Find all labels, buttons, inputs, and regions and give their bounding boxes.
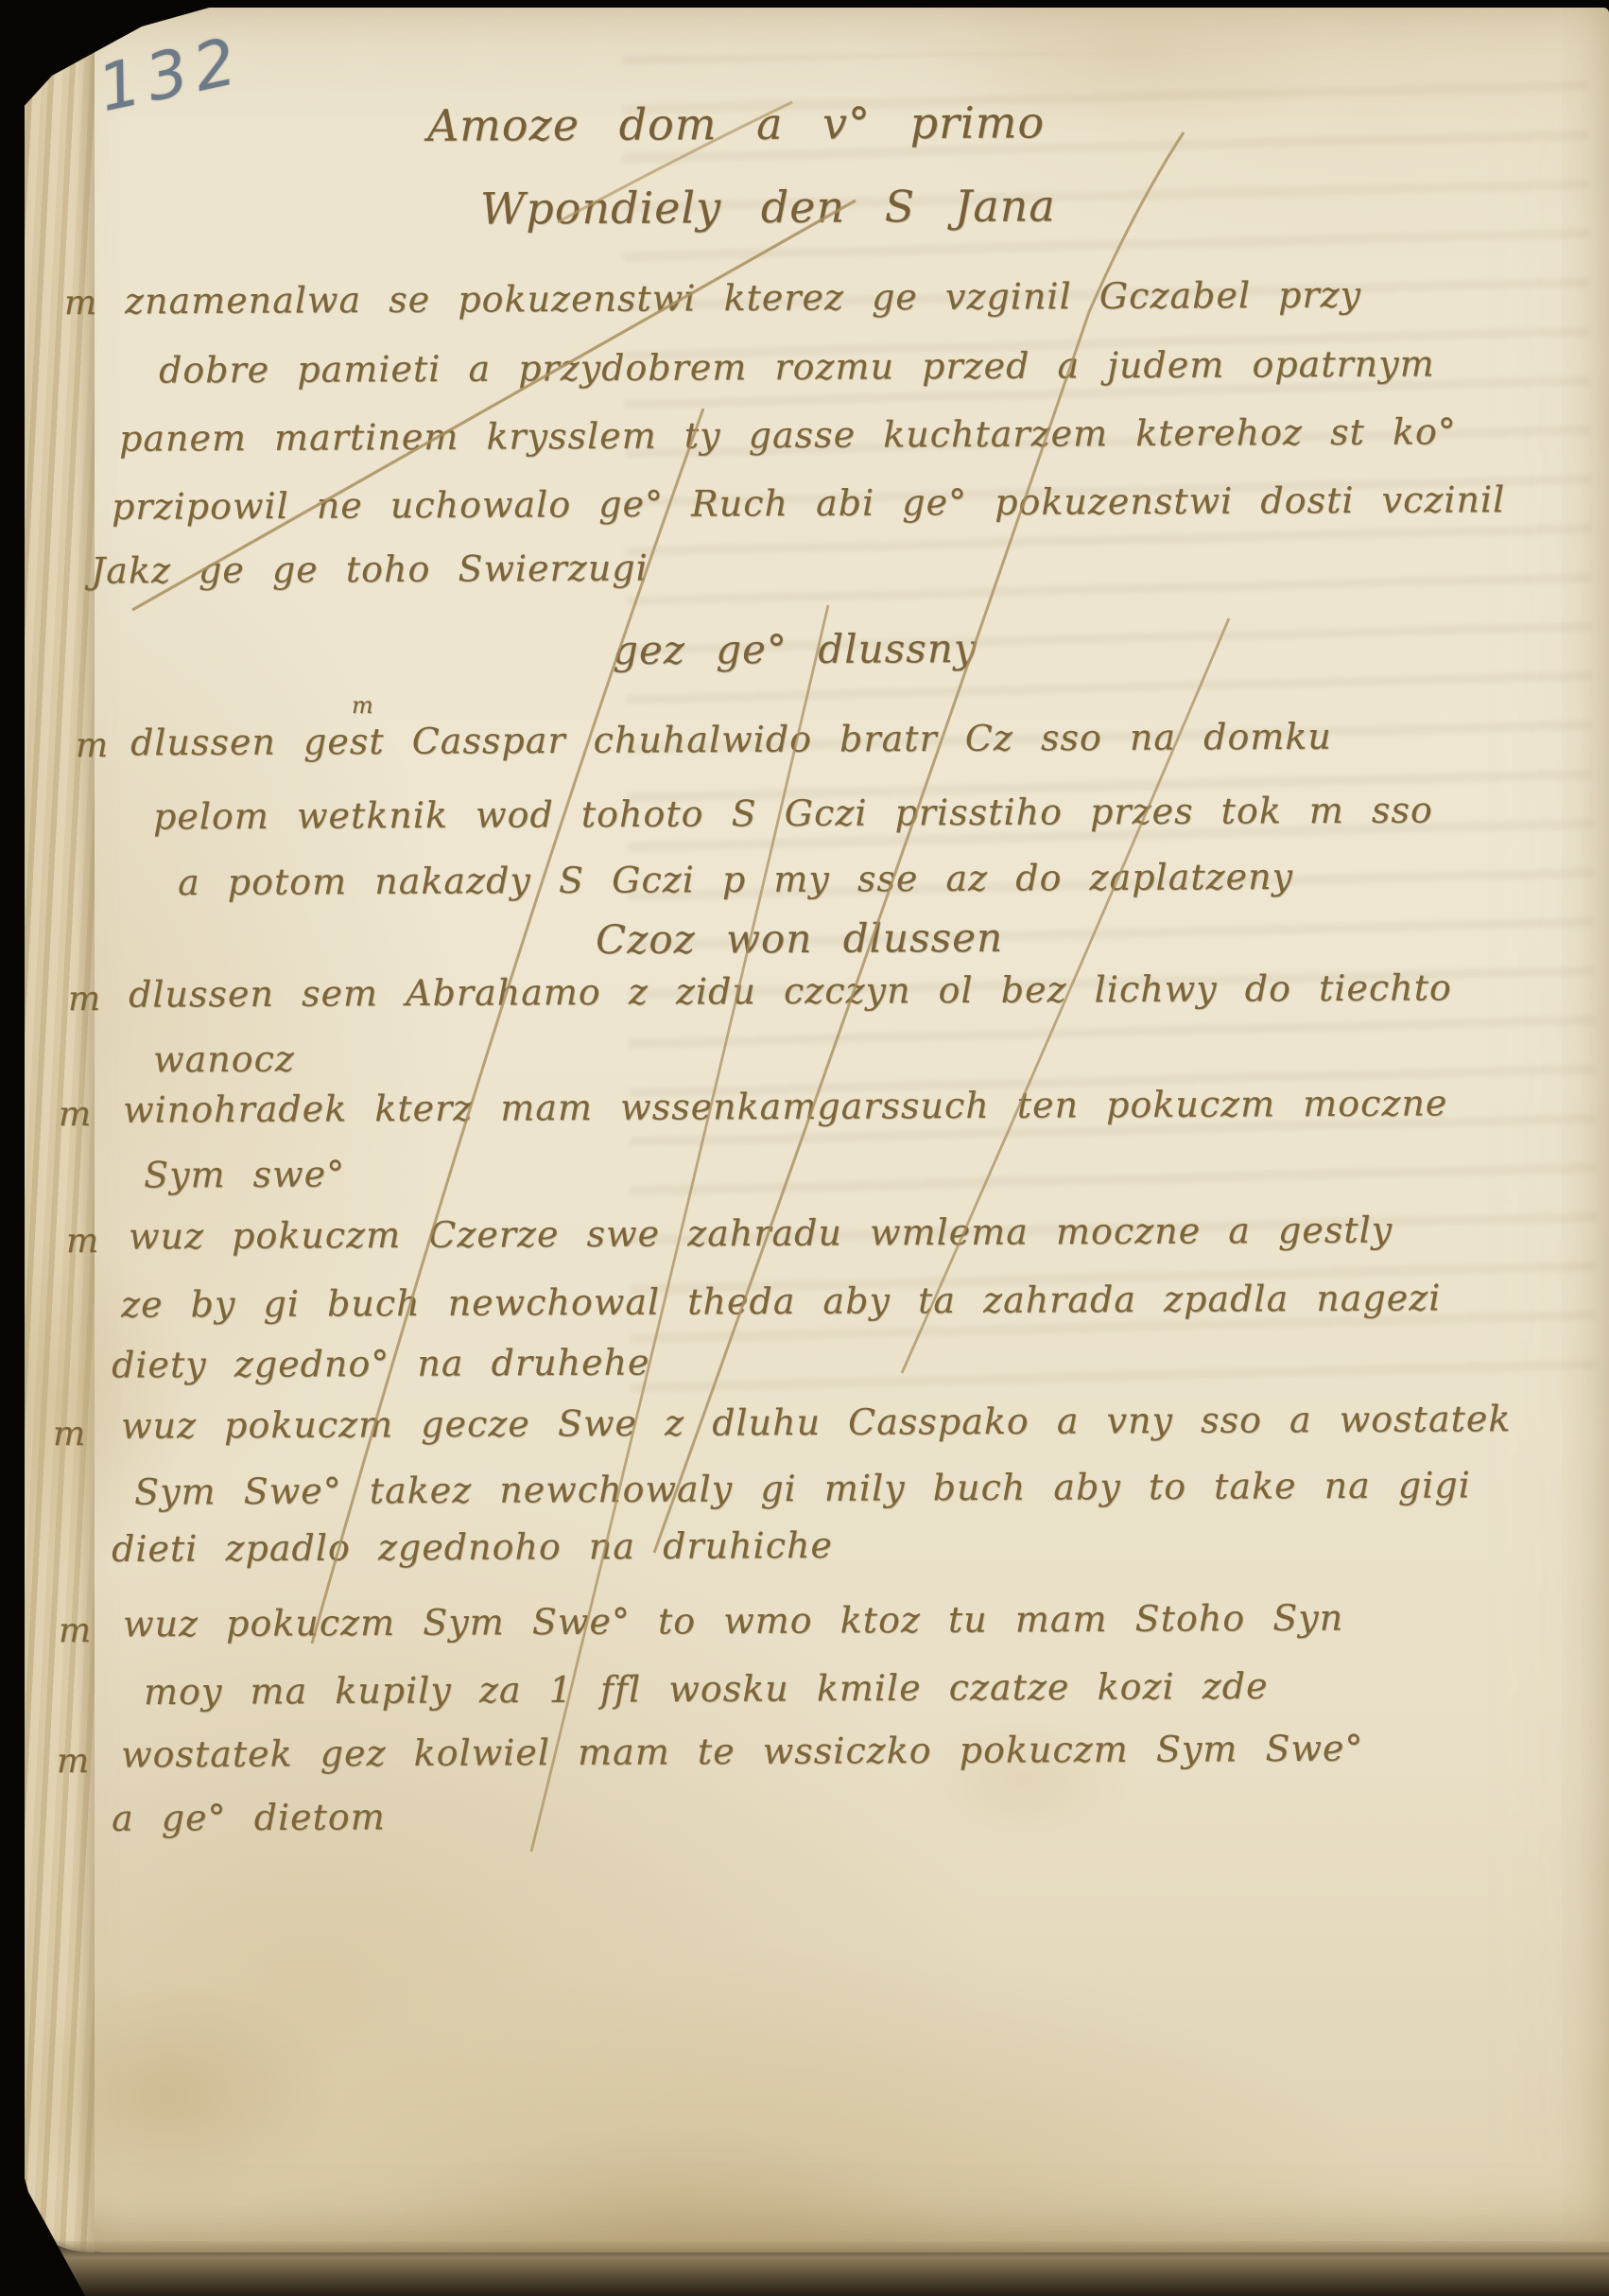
margin-mark: m [53, 1415, 86, 1453]
text-line: wanocz [153, 1038, 295, 1081]
text-line: wuz pokuczm Sym Swe° to wmo ktoz tu mam … [123, 1597, 1343, 1645]
text-line: wuz pokuczm gecze Swe z dluhu Casspako a… [121, 1398, 1512, 1447]
text-line: wostatek gez kolwiel mam te wssiczko pok… [121, 1728, 1364, 1776]
text-line: winohradek kterz mam wssenkamgarssuch te… [123, 1082, 1448, 1130]
subheading-debts: gez ge° dlussny [613, 625, 978, 673]
text-line: dobre pamieti a przydobrem rozmu przed a… [159, 342, 1435, 391]
subheading-owed: Czoz won dlussen [596, 914, 1003, 963]
margin-mark: m [68, 980, 101, 1018]
book-page-edges [32, 2241, 1609, 2296]
text-line: Sym swe° [144, 1153, 345, 1195]
text-line: ze by gi buch newchowal theda aby ta zah… [121, 1277, 1442, 1325]
text-line: Jakz ge ge toho Swierzugi [91, 547, 649, 591]
text-line: pelom wetknik wod tohoto S Gczi prisstih… [153, 789, 1433, 837]
text-line: dlussen sem Abrahamo z zidu czczyn ol be… [129, 966, 1452, 1015]
text-line: panem martinem krysslem ty gasse kuchtar… [119, 410, 1457, 459]
text-line: a potom nakazdy S Gczi p my sse az do za… [178, 856, 1293, 903]
text-line: moy ma kupily za 1 ffl wosku kmile czatz… [144, 1665, 1269, 1713]
margin-mark: m [59, 1611, 92, 1650]
margin-mark: m [64, 284, 97, 322]
margin-mark: m [66, 1222, 99, 1261]
heading-line-1: Amoze dom a v° primo [427, 96, 1045, 150]
text-line: diety zgedno° na druhehe [112, 1342, 650, 1386]
superscript-mark: m [352, 692, 374, 719]
margin-mark: m [57, 1742, 90, 1781]
text-line: dlussen gest Casspar chuhalwido bratr Cz… [130, 716, 1332, 764]
text-line: przipowil ne uchowalo ge° Ruch abi ge° p… [112, 478, 1505, 528]
text-line: dieti zpadlo zgednoho na druhiche [112, 1524, 833, 1570]
margin-mark: m [59, 1095, 92, 1134]
text-line: wuz pokuczm Czerze swe zahradu wmlema mo… [129, 1209, 1393, 1257]
text-line: a ge° dietom [112, 1796, 386, 1839]
text-line: Sym Swe° takez newchowaly gi mily buch a… [134, 1464, 1471, 1512]
text-line: znamenalwa se pokuzenstwi kterez ge vzgi… [125, 274, 1361, 322]
margin-mark: m [76, 726, 109, 765]
heading-line-2: Wpondiely den S Jana [480, 180, 1056, 234]
manuscript-photo: 132 Amoze dom a v° primo Wpondiely den S… [0, 0, 1609, 2296]
